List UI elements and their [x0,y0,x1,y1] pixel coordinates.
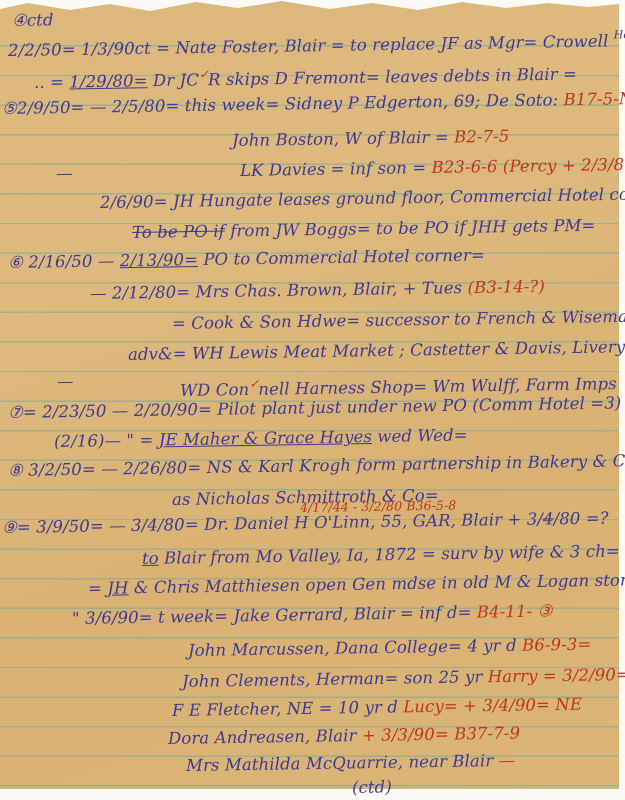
text-segment: Harry = 3/2/90= [488,665,625,686]
handwritten-line: ⑦= 2/23/50 — 2/20/90= Pilot plant just u… [8,392,622,424]
text-segment: — [57,372,74,391]
text-segment: (B3-14-?) [467,277,545,297]
text-segment: JE Maher & Grace Hayes [159,427,373,449]
text-segment: Herman [614,28,625,42]
text-segment: from JW Boggs= to be PO if JHH gets PM= [225,216,596,241]
handwritten-line: — [56,163,73,185]
handwritten-line: John Clements, Herman= son 25 yr Harry =… [182,664,625,693]
handwritten-line: ⑥ 2/16/50 — 2/13/90= PO to Commercial Ho… [8,245,485,274]
text-segment: 2/13/90= [120,250,199,270]
text-segment: ⑥ 2/16/50 — [8,251,120,272]
handwritten-line: " 3/6/90= t week= Jake Gerrard, Blair = … [72,600,553,630]
handwritten-line: ⑨= 3/9/50= — 3/4/80= Dr. Daniel H O'Linn… [2,507,609,539]
text-segment: (ctd) [352,777,392,797]
handwritten-line: — [57,371,74,393]
handwritten-line: Dora Andreasen, Blair + 3/3/90= B37-7-9 [168,722,520,750]
handwritten-line: — 2/12/80= Mrs Chas. Brown, Blair, + Tue… [90,276,545,305]
red-checkmark: ✓ [199,67,208,81]
handwritten-line: ④ctd [12,9,54,32]
text-segment: B17-5-NW 44 [563,88,625,109]
text-segment: Mrs Mathilda McQuarrie, near Blair [186,751,499,775]
text-segment: + 3/3/90= B37-7-9 [362,723,520,744]
text-segment: .. = [34,72,70,92]
text-segment: F E Fletcher, NE = 10 yr d [172,697,404,720]
text-segment: /80 =? [553,508,608,528]
text-segment: B2-7-5 [454,127,510,147]
text-segment: John Marcussen, Dana College= 4 yr d [188,636,522,660]
handwritten-line: (ctd) [352,776,392,799]
text-segment: wed Wed= [372,426,468,446]
text-segment: ⑦= 2/23/50 — 2/20/90= Pilot plant just u… [8,393,622,422]
text-segment: PO to Commercial Hotel corner= [198,246,485,270]
handwritten-line: (2/16)— " = JE Maher & Grace Hayes wed W… [54,425,468,453]
handwritten-line: John Boston, W of Blair = B2-7-5 [232,126,510,152]
handwritten-line: F E Fletcher, NE = 10 yr d Lucy= + 3/4/9… [172,694,582,722]
text-segment: — 2/12/80= Mrs Chas. Brown, Blair, + Tue… [90,278,468,303]
text-segment: ④ctd [12,10,54,30]
text-segment: JH [107,578,129,597]
handwritten-line: = JH & Chris Matthiesen open Gen mdse in… [88,569,625,600]
handwritten-line: to Blair from Mo Valley, Ia, 1872 = surv… [142,540,620,570]
text-segment: ⑨= 3/9/50= — 3/4/80= Dr. Daniel H O'Linn… [2,510,543,537]
handwritten-line: 2/2/50= 1/3/90ct = Nate Foster, Blair = … [8,22,625,62]
handwritten-line: 2/6/90= JH Hungate leases ground floor, … [100,183,625,214]
text-segment: ⑤2/9/50= — 2/5/80= this week= Sidney P E… [2,90,564,118]
scanned-notebook-screenshot: { "ink": { "blue": "#3c3a96", "red": "#b… [0,0,625,800]
handwritten-line: To be PO if from JW Boggs= to be PO if J… [132,215,596,244]
text-segment: Dr JC [147,70,199,90]
text-segment: ⑧ 3/2/50= — 2/26/80= NS & Karl Krogh for… [8,450,625,480]
handwritten-line: adv&= WH Lewis Meat Market ; Castetter &… [128,335,625,366]
text-segment: LK Davies = inf son = [240,158,432,180]
text-segment: — [56,164,73,183]
text-segment: B23-6-6 (Percy + 2/3/80) [431,155,625,177]
text-segment: adv&= WH Lewis Meat Market ; Castetter &… [128,336,625,364]
text-segment: B6-9-3= [522,635,592,655]
text-segment: B4-11- ③ [477,601,553,621]
text-segment: Dora Andreasen, Blair [168,726,362,748]
text-segment: — [498,751,515,770]
text-segment: 4 [543,509,554,528]
text-segment: WD Con [180,380,250,400]
text-segment: 1/29/80= [69,71,148,91]
handwritten-line: LK Davies = inf son = B23-6-6 (Percy + 2… [240,154,625,182]
handwritten-line: John Marcussen, Dana College= 4 yr d B6-… [188,634,592,662]
handwriting-layer: ④ctd2/2/50= 1/3/90ct = Nate Foster, Blai… [0,0,625,800]
text-segment: = Cook & Son Hdwe= successor to French &… [172,307,625,333]
text-segment: 2/6/90= JH Hungate leases ground floor, … [100,184,625,212]
text-segment: John Boston, W of Blair = [232,128,454,150]
handwritten-line: Mrs Mathilda McQuarrie, near Blair — [186,750,516,777]
text-segment: = [88,579,108,598]
handwritten-line: = Cook & Son Hdwe= successor to French &… [172,306,625,335]
text-segment: John Clements, Herman= son 25 yr [182,667,488,691]
handwritten-line: .. = 1/29/80= Dr JC✓R skips D Fremont= l… [34,57,577,94]
text-segment: & Chris Matthiesen open Gen mdse in old … [128,570,625,597]
text-segment: to [142,549,159,568]
text-segment: Lucy= + 3/4/90= NE [403,695,582,717]
text-segment: (2/16)— " = [54,430,159,451]
text-segment: Blair from Mo Valley, Ia, 1872 = surv by… [159,541,620,567]
text-segment: 2/2/50= 1/3/90ct = Nate Foster, Blair = … [8,31,614,60]
text-segment: To be PO if [132,222,225,242]
handwritten-line: ⑧ 3/2/50= — 2/26/80= NS & Karl Krogh for… [8,449,625,482]
text-segment: " 3/6/90= t week= Jake Gerrard, Blair = … [72,603,477,628]
text-segment: R skips D Fremont= leaves debts in Blair… [208,64,577,89]
